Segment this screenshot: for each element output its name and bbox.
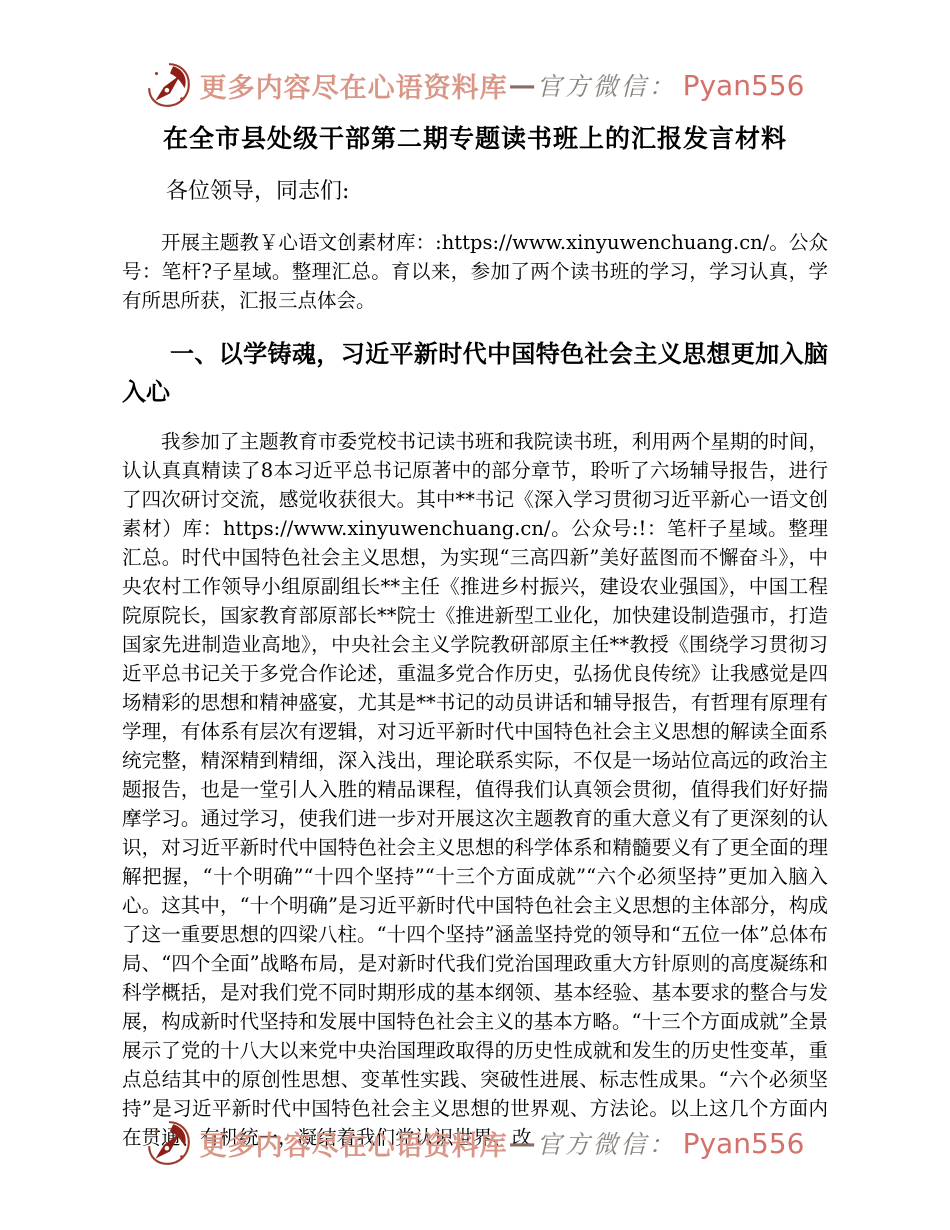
footer-banner: 更多内容尽在心语资料库—官方微信： Pyan556: [0, 1118, 950, 1168]
banner-separator: —: [509, 70, 536, 101]
banner-separator: —: [509, 1128, 536, 1159]
header-banner: 更多内容尽在心语资料库—官方微信： Pyan556: [0, 60, 950, 110]
banner-wechat-id: Pyan556: [683, 1127, 805, 1160]
document-title: 在全市县处级干部第二期专题读书班上的汇报发言材料: [122, 118, 828, 160]
document-content: 在全市县处级干部第二期专题读书班上的汇报发言材料 各位领导，同志们: 开展主题教…: [122, 118, 828, 1152]
section-1-heading: 一、以学铸魂，习近平新时代中国特色社会主义思想更加入脑入心: [122, 335, 828, 411]
document-page: 更多内容尽在心语资料库—官方微信： Pyan556 在全市县处级干部第二期专题读…: [0, 0, 950, 1230]
banner-wechat-label: 官方微信：: [537, 1125, 677, 1161]
pen-nib-logo-icon: [146, 1119, 192, 1167]
banner-wechat-label: 官方微信：: [537, 67, 677, 103]
pen-nib-logo-icon: [146, 61, 192, 109]
banner-wechat-id: Pyan556: [683, 69, 805, 102]
banner-brand-text: 更多内容尽在心语资料库: [200, 1124, 508, 1163]
salutation-line: 各位领导，同志们:: [122, 176, 828, 208]
intro-paragraph: 开展主题教￥心语文创素材库：:https://www.xinyuwenchuan…: [122, 228, 828, 315]
banner-brand-text: 更多内容尽在心语资料库: [200, 66, 508, 105]
section-1-paragraph: 我参加了主题教育市委党校书记读书班和我院读书班，利用两个星期的时间，认认真真精读…: [122, 427, 828, 1152]
